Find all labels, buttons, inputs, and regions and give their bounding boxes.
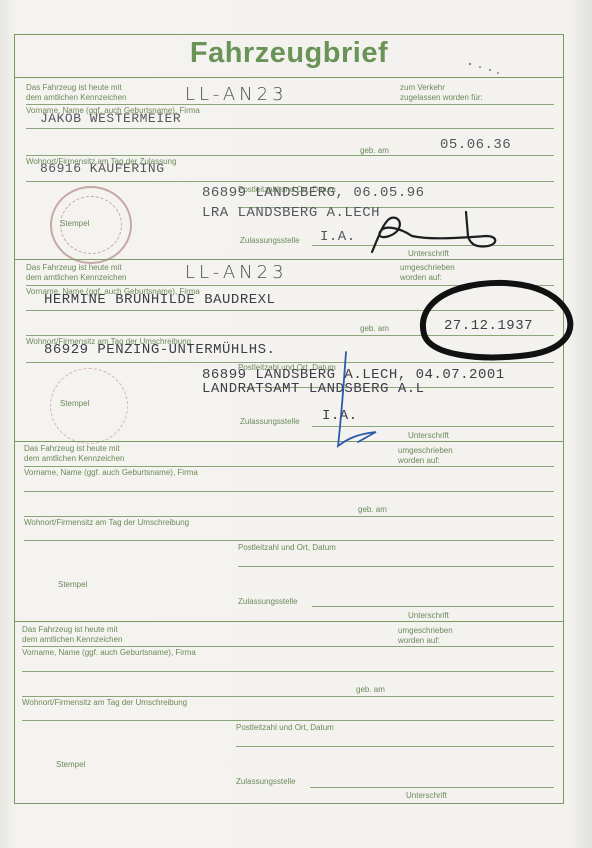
handwriting-overlay [0, 0, 592, 848]
circled-birth-date [423, 283, 570, 357]
signature-2 [338, 352, 376, 446]
ink-specks [469, 63, 499, 74]
signature-1 [372, 212, 495, 252]
